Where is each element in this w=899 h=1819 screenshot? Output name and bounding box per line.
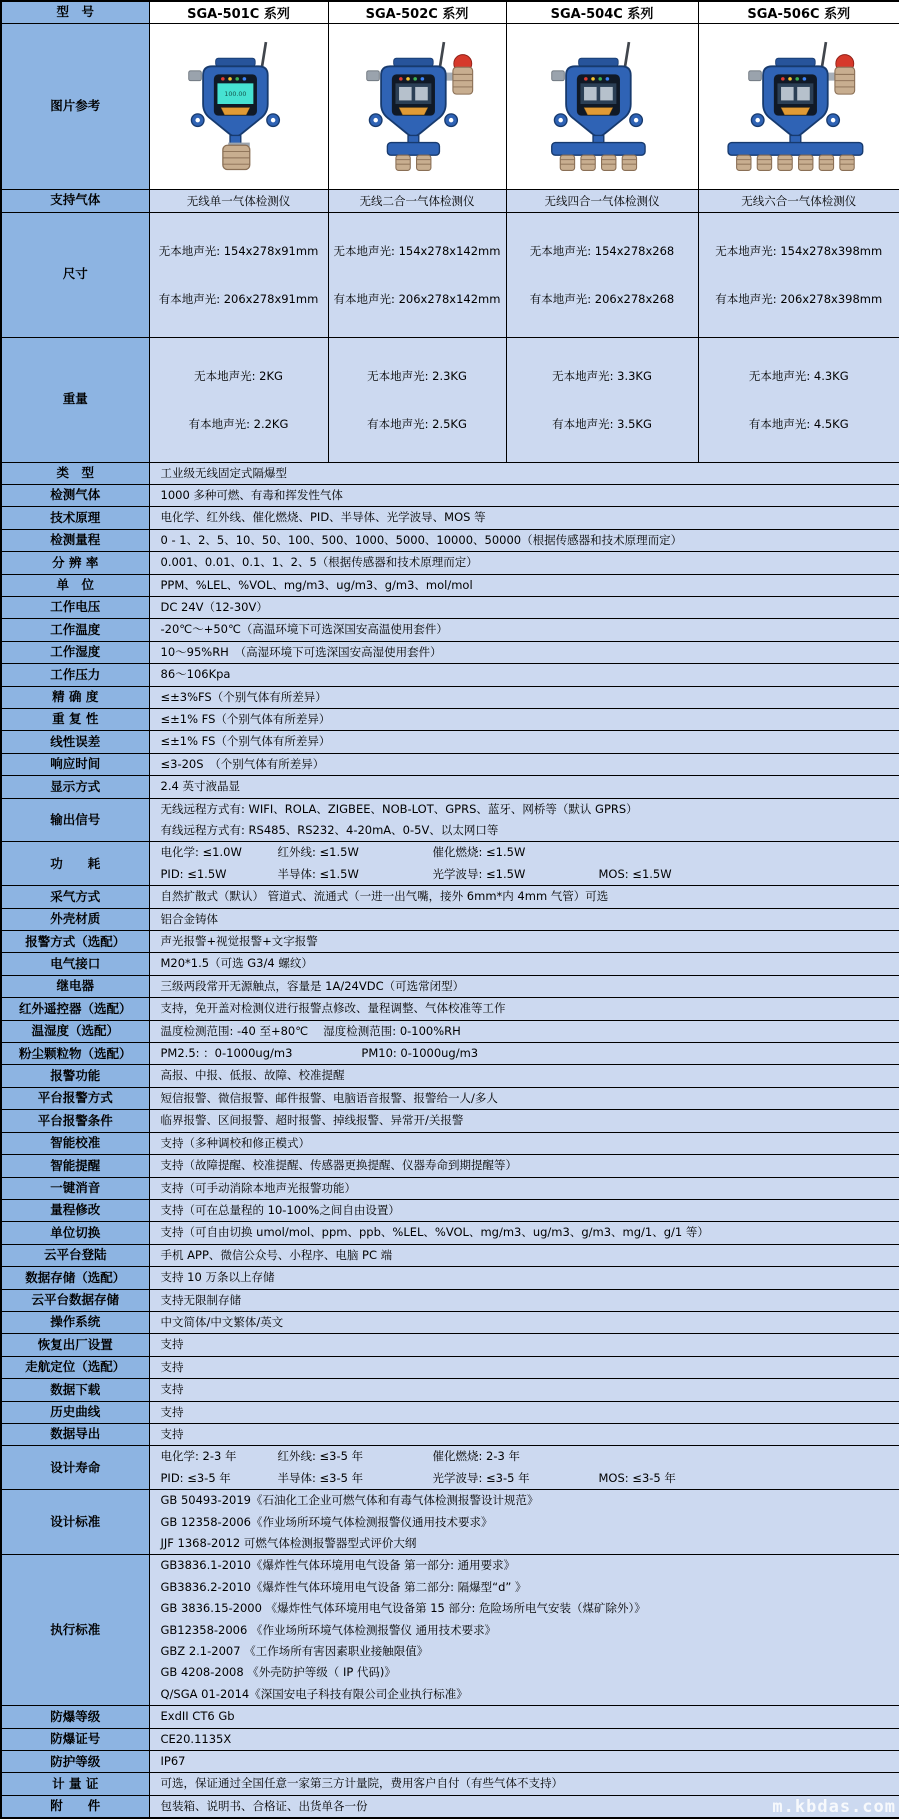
spec-row: 分 辨 率0.001、0.01、0.1、1、2、5（根据传感器和技术原理而定） (1, 552, 899, 574)
model-header-row: 型 号 SGA-501C 系列 SGA-502C 系列 SGA-504C 系列 … (1, 1, 899, 23)
spec-row-value: 0 - 1、2、5、10、50、100、500、1000、5000、10000、… (149, 529, 899, 551)
spec-row-value: IP67 (149, 1751, 899, 1773)
spec-row: 云平台数据存储支持无限制存储 (1, 1289, 899, 1311)
spec-row: 智能提醒支持（故障提醒、校准提醒、传感器更换提醒、仪器寿命到期提醒等） (1, 1155, 899, 1177)
size-line: 有本地声光: 206x278x398mm (699, 289, 899, 309)
spec-row-value: 三级两段常开无源触点，容量是 1A/24VDC（可选常闭型） (149, 975, 899, 997)
spec-row-value: 短信报警、微信报警、邮件报警、电脑语音报警、报警给一人/多人 (149, 1087, 899, 1109)
spec-row-label: 重 复 性 (1, 708, 149, 730)
spec-row-label: 防爆等级 (1, 1706, 149, 1728)
model-name-sga-502c: SGA-502C 系列 (328, 1, 506, 23)
value-line: 支持 10 万条以上存储 (161, 1267, 896, 1288)
supported-gas-value: 无线单一气体检测仪 (149, 189, 328, 212)
spec-row: 报警功能高报、中报、低报、故障、校准提醒 (1, 1065, 899, 1087)
spec-row: 量程修改支持（可在总量程的 10-100%之间自由设置） (1, 1199, 899, 1221)
spec-row: 走航定位（选配）支持 (1, 1356, 899, 1378)
spec-row: 输出信号无线远程方式有: WIFI、ROLA、ZIGBEE、NOB-LOT、GP… (1, 798, 899, 842)
spec-row: 粉尘颗粒物（选配）PM2.5: ：0-1000ug/m3 PM10: 0-100… (1, 1043, 899, 1065)
spec-row: 单 位PPM、%LEL、%VOL、mg/m3、ug/m3、g/m3、mol/mo… (1, 574, 899, 596)
spec-row-value: CE20.1135X (149, 1728, 899, 1750)
value-segment: 催化燃烧: ≤1.5W (433, 842, 599, 863)
size-line: 无本地声光: 154x278x142mm (329, 241, 506, 261)
sensor-manifold (387, 143, 439, 156)
spec-row: 工作温度-20℃～+50℃（高温环境下可选深国安高温使用套件） (1, 619, 899, 641)
spec-row: 采气方式自然扩散式（默认） 管道式、流通式（一进一出气嘴，接外 6mm*内 4m… (1, 886, 899, 908)
spec-row-label: 量程修改 (1, 1199, 149, 1221)
weight-line: 无本地声光: 2KG (150, 366, 328, 386)
weight-line: 无本地声光: 3.3KG (507, 366, 698, 386)
sensor-head (757, 155, 771, 170)
value-line: 电化学: ≤1.0W红外线: ≤1.5W催化燃烧: ≤1.5W (161, 842, 896, 863)
detector-keypad (584, 108, 613, 115)
spec-row-value: 电化学: 2-3 年红外线: ≤3-5 年催化燃烧: 2-3 年PID: ≤3-… (149, 1446, 899, 1490)
spec-table: 型 号 SGA-501C 系列 SGA-502C 系列 SGA-504C 系列 … (0, 0, 899, 1819)
spec-row-label: 技术原理 (1, 507, 149, 529)
sensor-head (417, 155, 431, 170)
value-line: 0.001、0.01、0.1、1、2、5（根据传感器和技术原理而定） (161, 552, 896, 573)
spec-row: 计 量 证可选，保证通过全国任意一家第三方计量院，费用客户自付（有些气体不支持） (1, 1773, 899, 1795)
value-line: 临界报警、区间报警、超时报警、掉线报警、异常开/关报警 (161, 1110, 896, 1131)
spec-row-value: 高报、中报、低报、故障、校准提醒 (149, 1065, 899, 1087)
supported-gas-value: 无线二合一气体检测仪 (328, 189, 506, 212)
value-segment: 催化燃烧: 2-3 年 (433, 1446, 599, 1467)
product-image-cell (506, 23, 698, 189)
sensor-manifold (552, 143, 645, 156)
spec-row-label: 操作系统 (1, 1311, 149, 1333)
spec-row: 数据存储（选配）支持 10 万条以上存储 (1, 1267, 899, 1289)
value-line: IP67 (161, 1751, 896, 1772)
spec-row-value: -20℃～+50℃（高温环境下可选深国安高温使用套件） (149, 619, 899, 641)
size-line: 无本地声光: 154x278x91mm (150, 241, 328, 261)
value-line: DC 24V（12-30V） (161, 597, 896, 618)
value-line: GB 12358-2006《作业场所环境气体检测报警仪通用技术要求》 (161, 1512, 896, 1533)
weight-line: 无本地声光: 4.3KG (699, 366, 899, 386)
value-line: 支持 (161, 1357, 896, 1378)
spec-row-value: 支持无限制存储 (149, 1289, 899, 1311)
spec-row: 历史曲线支持 (1, 1401, 899, 1423)
spec-row-label: 智能提醒 (1, 1155, 149, 1177)
weight-row-label: 重量 (1, 337, 149, 462)
gas-detector-illustration-sga-502c (338, 33, 496, 175)
spec-row-value: GB 50493-2019《石油化工企业可燃气体和有毒气体检测报警设计规范》GB… (149, 1490, 899, 1555)
spec-row: 温湿度（选配）温度检测范围: -40 至+80℃ 湿度检测范围: 0-100%R… (1, 1020, 899, 1042)
spec-row-value: 支持（可在总量程的 10-100%之间自由设置） (149, 1199, 899, 1221)
size-row-label: 尺寸 (1, 212, 149, 337)
sensor-head (560, 155, 574, 170)
spec-row: 操作系统中文简体/中文繁体/英文 (1, 1311, 899, 1333)
spec-row-label: 数据下载 (1, 1379, 149, 1401)
value-line: PID: ≤3-5 年半导体: ≤3-5 年光学波导: ≤3-5 年MOS: ≤… (161, 1468, 896, 1489)
size-line: 有本地声光: 206x278x268 (507, 289, 698, 309)
spec-row-value: 支持（多种调校和修正模式） (149, 1132, 899, 1154)
value-segment: 电化学: ≤1.0W (161, 842, 278, 863)
spec-row: 设计标准GB 50493-2019《石油化工企业可燃气体和有毒气体检测报警设计规… (1, 1490, 899, 1555)
value-line: -20℃～+50℃（高温环境下可选深国安高温使用套件） (161, 619, 896, 640)
spec-row: 工作湿度10～95%RH （高湿环境下可选深国安高湿使用套件） (1, 641, 899, 663)
spec-row-value: 电化学: ≤1.0W红外线: ≤1.5W催化燃烧: ≤1.5WPID: ≤1.5… (149, 842, 899, 886)
value-segment: MOS: ≤1.5W (599, 864, 896, 885)
spec-row: 精 确 度≤±3%FS（个别气体有所差异） (1, 686, 899, 708)
value-line: 86～106Kpa (161, 664, 896, 685)
spec-row: 电气接口M20*1.5（可选 G3/4 螺纹） (1, 953, 899, 975)
spec-row: 附 件包装箱、说明书、合格证、出货单各一份 (1, 1795, 899, 1818)
sensor-head (602, 155, 616, 170)
value-line: 电化学、红外线、催化燃烧、PID、半导体、光学波导、MOS 等 (161, 507, 896, 528)
value-line: GB 3836.15-2000 《爆炸性气体环境用电气设备第 15 部分: 危险… (161, 1598, 896, 1619)
spec-sheet-page: 型 号 SGA-501C 系列 SGA-502C 系列 SGA-504C 系列 … (0, 0, 899, 1819)
value-line: 铝合金铸体 (161, 909, 896, 930)
sensor-head (840, 155, 854, 170)
supported-gas-row: 支持气体 无线单一气体检测仪 无线二合一气体检测仪 无线四合一气体检测仪 无线六… (1, 189, 899, 212)
spec-row-label: 输出信号 (1, 798, 149, 842)
spec-row-value: 自然扩散式（默认） 管道式、流通式（一进一出气嘴，接外 6mm*内 4mm 气管… (149, 886, 899, 908)
spec-row: 一键消音支持（可手动消除本地声光报警功能） (1, 1177, 899, 1199)
spec-row-label: 线性误差 (1, 731, 149, 753)
value-line: CE20.1135X (161, 1729, 896, 1750)
image-row-label: 图片参考 (1, 23, 149, 189)
weight-row: 重量 无本地声光: 2KG 有本地声光: 2.2KG 无本地声光: 2.3KG … (1, 337, 899, 462)
value-line: 1000 多种可燃、有毒和挥发性气体 (161, 485, 896, 506)
value-segment: 红外线: ≤1.5W (278, 842, 433, 863)
spec-row-label: 报警方式（选配） (1, 931, 149, 953)
weight-line: 有本地声光: 2.2KG (150, 414, 328, 434)
value-line: 电化学: 2-3 年红外线: ≤3-5 年催化燃烧: 2-3 年 (161, 1446, 896, 1467)
value-line: PM2.5: ：0-1000ug/m3 PM10: 0-1000ug/m3 (161, 1043, 896, 1064)
spec-row: 平台报警条件临界报警、区间报警、超时报警、掉线报警、异常开/关报警 (1, 1110, 899, 1132)
supported-gas-value: 无线四合一气体检测仪 (506, 189, 698, 212)
spec-row-label: 电气接口 (1, 953, 149, 975)
value-segment: PID: ≤3-5 年 (161, 1468, 278, 1489)
value-segment: PID: ≤1.5W (161, 864, 278, 885)
gas-detector-illustration-sga-501c: 100.00 (160, 33, 318, 175)
value-line: 支持 (161, 1334, 896, 1355)
value-line: 有线远程方式有: RS485、RS232、4-20mA、0-5V、以太网口等 (161, 820, 896, 841)
product-image-cell (698, 23, 899, 189)
spec-row-value: 支持，免开盖对检测仪进行报警点修改、量程调整、气体校准等工作 (149, 998, 899, 1020)
spec-row: 数据下载支持 (1, 1379, 899, 1401)
spec-row: 工作电压DC 24V（12-30V） (1, 596, 899, 618)
spec-row-value: 工业级无线固定式隔爆型 (149, 462, 899, 484)
spec-row-label: 智能校准 (1, 1132, 149, 1154)
detector-keypad (399, 108, 428, 115)
value-line: 支持 (161, 1424, 896, 1445)
value-line: PID: ≤1.5W半导体: ≤1.5W光学波导: ≤1.5WMOS: ≤1.5… (161, 864, 896, 885)
spec-row-label: 历史曲线 (1, 1401, 149, 1423)
svg-text:100.00: 100.00 (224, 91, 246, 98)
spec-row-value: 温度检测范围: -40 至+80℃ 湿度检测范围: 0-100%RH (149, 1020, 899, 1042)
spec-row-label: 外壳材质 (1, 908, 149, 930)
spec-row-value: 支持（可手动消除本地声光报警功能） (149, 1177, 899, 1199)
spec-row-label: 走航定位（选配） (1, 1356, 149, 1378)
model-name-sga-501c: SGA-501C 系列 (149, 1, 328, 23)
weight-value: 无本地声光: 4.3KG 有本地声光: 4.5KG (698, 337, 899, 462)
spec-row-label: 工作湿度 (1, 641, 149, 663)
sensor-head (622, 155, 636, 170)
value-line: M20*1.5（可选 G3/4 螺纹） (161, 953, 896, 974)
weight-line: 无本地声光: 2.3KG (329, 366, 506, 386)
spec-row: 单位切换支持（可自由切换 umol/mol、ppm、ppb、%LEL、%VOL、… (1, 1222, 899, 1244)
weight-line: 有本地声光: 2.5KG (329, 414, 506, 434)
value-line: 支持，免开盖对检测仪进行报警点修改、量程调整、气体校准等工作 (161, 998, 896, 1019)
product-image-cell (328, 23, 506, 189)
spec-row-label: 设计标准 (1, 1490, 149, 1555)
spec-row-label: 响应时间 (1, 753, 149, 775)
value-line: 可选，保证通过全国任意一家第三方计量院，费用客户自付（有些气体不支持） (161, 1773, 896, 1794)
size-value: 无本地声光: 154x278x268 有本地声光: 206x278x268 (506, 212, 698, 337)
value-line: 支持（可自由切换 umol/mol、ppm、ppb、%LEL、%VOL、mg/m… (161, 1222, 896, 1243)
detector-keypad (781, 108, 810, 115)
spec-row-label: 温湿度（选配） (1, 1020, 149, 1042)
spec-row: 执行标准GB3836.1-2010《爆炸性气体环境用电气设备 第一部分: 通用要… (1, 1555, 899, 1706)
spec-row: 线性误差≤±1% FS（个别气体有所差异） (1, 731, 899, 753)
value-line: 支持（可在总量程的 10-100%之间自由设置） (161, 1200, 896, 1221)
spec-row-label: 分 辨 率 (1, 552, 149, 574)
spec-row-value: DC 24V（12-30V） (149, 596, 899, 618)
value-line: 声光报警+视觉报警+文字报警 (161, 931, 896, 952)
value-line: ExdII CT6 Gb (161, 1706, 896, 1727)
model-name-sga-504c: SGA-504C 系列 (506, 1, 698, 23)
value-segment: 半导体: ≤1.5W (278, 864, 433, 885)
spec-row-label: 计 量 证 (1, 1773, 149, 1795)
value-line: Q/SGA 01-2014《深国安电子科技有限公司企业执行标准》 (161, 1684, 896, 1705)
spec-row-label: 检测量程 (1, 529, 149, 551)
spec-row-value: ≤±1% FS（个别气体有所差异） (149, 731, 899, 753)
value-line: 包装箱、说明书、合格证、出货单各一份 (161, 1796, 896, 1817)
spec-row-value: 支持 (149, 1334, 899, 1356)
spec-row-label: 精 确 度 (1, 686, 149, 708)
size-row: 尺寸 无本地声光: 154x278x91mm 有本地声光: 206x278x91… (1, 212, 899, 337)
spec-row: 检测量程0 - 1、2、5、10、50、100、500、1000、5000、10… (1, 529, 899, 551)
spec-row-label: 采气方式 (1, 886, 149, 908)
spec-row-label: 一键消音 (1, 1177, 149, 1199)
value-line: GB 4208-2008 《外壳防护等级（ IP 代码)》 (161, 1662, 896, 1683)
spec-row-value: 声光报警+视觉报警+文字报警 (149, 931, 899, 953)
spec-row: 数据导出支持 (1, 1423, 899, 1445)
value-line: 支持（可手动消除本地声光报警功能） (161, 1178, 896, 1199)
value-line: 2.4 英寸液晶显 (161, 776, 896, 797)
weight-value: 无本地声光: 3.3KG 有本地声光: 3.5KG (506, 337, 698, 462)
spec-row: 红外遥控器（选配）支持，免开盖对检测仪进行报警点修改、量程调整、气体校准等工作 (1, 998, 899, 1020)
value-line: 中文简体/中文繁体/英文 (161, 1312, 896, 1333)
value-line: GB 50493-2019《石油化工企业可燃气体和有毒气体检测报警设计规范》 (161, 1490, 896, 1511)
spec-row-value: ≤3-20S （个别气体有所差异） (149, 753, 899, 775)
sensor-head (819, 155, 833, 170)
value-line: 支持无限制存储 (161, 1290, 896, 1311)
spec-row-value: 包装箱、说明书、合格证、出货单各一份 (149, 1795, 899, 1818)
sensor-manifold (728, 143, 863, 156)
spec-row-value: 支持 (149, 1379, 899, 1401)
weight-line: 有本地声光: 3.5KG (507, 414, 698, 434)
spec-row: 云平台登陆手机 APP、微信公众号、小程序、电脑 PC 端 (1, 1244, 899, 1266)
value-line: GB3836.1-2010《爆炸性气体环境用电气设备 第一部分: 通用要求》 (161, 1555, 896, 1576)
spec-row-label: 报警功能 (1, 1065, 149, 1087)
value-segment: 电化学: 2-3 年 (161, 1446, 278, 1467)
sensor-head (736, 155, 750, 170)
detector-keypad (221, 108, 250, 115)
spec-row-label: 功 耗 (1, 842, 149, 886)
spec-row: 重 复 性≤±1% FS（个别气体有所差异） (1, 708, 899, 730)
spec-row-value: 10～95%RH （高湿环境下可选深国安高湿使用套件） (149, 641, 899, 663)
spec-row-value: M20*1.5（可选 G3/4 螺纹） (149, 953, 899, 975)
spec-row-value: 支持 (149, 1401, 899, 1423)
spec-row-label: 防护等级 (1, 1751, 149, 1773)
spec-row-value: 支持 (149, 1423, 899, 1445)
value-segment: MOS: ≤3-5 年 (599, 1468, 896, 1489)
spec-row-label: 执行标准 (1, 1555, 149, 1706)
value-line: ≤±1% FS（个别气体有所差异） (161, 731, 896, 752)
spec-row: 检测气体1000 多种可燃、有毒和挥发性气体 (1, 484, 899, 506)
spec-row-label: 数据存储（选配） (1, 1267, 149, 1289)
spec-row-value: 0.001、0.01、0.1、1、2、5（根据传感器和技术原理而定） (149, 552, 899, 574)
spec-row: 设计寿命电化学: 2-3 年红外线: ≤3-5 年催化燃烧: 2-3 年PID:… (1, 1446, 899, 1490)
size-line: 有本地声光: 206x278x91mm (150, 289, 328, 309)
spec-row-label: 云平台数据存储 (1, 1289, 149, 1311)
value-segment: 半导体: ≤3-5 年 (278, 1468, 433, 1489)
spec-row: 显示方式2.4 英寸液晶显 (1, 776, 899, 798)
spec-row-label: 显示方式 (1, 776, 149, 798)
value-line: 无线远程方式有: WIFI、ROLA、ZIGBEE、NOB-LOT、GPRS、蓝… (161, 799, 896, 820)
value-line: JJF 1368-2012 可燃气体检测报警器型式评价大纲 (161, 1533, 896, 1554)
spec-row: 恢复出厂设置支持 (1, 1334, 899, 1356)
size-line: 无本地声光: 154x278x398mm (699, 241, 899, 261)
spec-row: 工作压力86～106Kpa (1, 664, 899, 686)
spec-row-label: 数据导出 (1, 1423, 149, 1445)
weight-line: 有本地声光: 4.5KG (699, 414, 899, 434)
spec-row-value: ≤±3%FS（个别气体有所差异） (149, 686, 899, 708)
value-line: GBZ 2.1-2007 《工作场所有害因素职业接触限值》 (161, 1641, 896, 1662)
spec-row: 外壳材质铝合金铸体 (1, 908, 899, 930)
spec-row-label: 云平台登陆 (1, 1244, 149, 1266)
supported-gas-value: 无线六合一气体检测仪 (698, 189, 899, 212)
spec-row-label: 设计寿命 (1, 1446, 149, 1490)
value-line: 三级两段常开无源触点，容量是 1A/24VDC（可选常闭型） (161, 976, 896, 997)
value-line: 高报、中报、低报、故障、校准提醒 (161, 1065, 896, 1086)
value-line: 温度检测范围: -40 至+80℃ 湿度检测范围: 0-100%RH (161, 1021, 896, 1042)
spec-row-value: 支持（故障提醒、校准提醒、传感器更换提醒、仪器寿命到期提醒等） (149, 1155, 899, 1177)
value-line: 手机 APP、微信公众号、小程序、电脑 PC 端 (161, 1245, 896, 1266)
spec-row: 平台报警方式短信报警、微信报警、邮件报警、电脑语音报警、报警给一人/多人 (1, 1087, 899, 1109)
spec-row-value: 手机 APP、微信公众号、小程序、电脑 PC 端 (149, 1244, 899, 1266)
spec-row: 响应时间≤3-20S （个别气体有所差异） (1, 753, 899, 775)
spec-row-value: 2.4 英寸液晶显 (149, 776, 899, 798)
spec-row-label: 平台报警方式 (1, 1087, 149, 1109)
spec-row-value: 1000 多种可燃、有毒和挥发性气体 (149, 484, 899, 506)
spec-row: 功 耗电化学: ≤1.0W红外线: ≤1.5W催化燃烧: ≤1.5WPID: ≤… (1, 842, 899, 886)
spec-row-value: 无线远程方式有: WIFI、ROLA、ZIGBEE、NOB-LOT、GPRS、蓝… (149, 798, 899, 842)
spec-row: 继电器三级两段常开无源触点，容量是 1A/24VDC（可选常闭型） (1, 975, 899, 997)
spec-row-value: 86～106Kpa (149, 664, 899, 686)
weight-value: 无本地声光: 2.3KG 有本地声光: 2.5KG (328, 337, 506, 462)
sensor-head (222, 145, 249, 169)
spec-row-label: 单 位 (1, 574, 149, 596)
spec-row-label: 检测气体 (1, 484, 149, 506)
value-line: GB12358-2006 《作业场所环境气体检测报警仪 通用技术要求》 (161, 1620, 896, 1641)
spec-row-label: 粉尘颗粒物（选配） (1, 1043, 149, 1065)
model-name-sga-506c: SGA-506C 系列 (698, 1, 899, 23)
spec-row: 类 型工业级无线固定式隔爆型 (1, 462, 899, 484)
size-line: 无本地声光: 154x278x268 (507, 241, 698, 261)
spec-row-label: 防爆证号 (1, 1728, 149, 1750)
spec-row-value: 电化学、红外线、催化燃烧、PID、半导体、光学波导、MOS 等 (149, 507, 899, 529)
spec-row-value: ExdII CT6 Gb (149, 1706, 899, 1728)
gas-detector-illustration-sga-504c (523, 33, 681, 175)
value-line: 支持（故障提醒、校准提醒、传感器更换提醒、仪器寿命到期提醒等） (161, 1155, 896, 1176)
spec-row-label: 工作温度 (1, 619, 149, 641)
gas-detector-illustration-sga-506c (720, 33, 878, 175)
spec-row-label: 附 件 (1, 1795, 149, 1818)
value-segment: 光学波导: ≤1.5W (433, 864, 599, 885)
product-image-cell: 100.00 (149, 23, 328, 189)
value-line: 工业级无线固定式隔爆型 (161, 463, 896, 484)
sensor-head (778, 155, 792, 170)
size-value: 无本地声光: 154x278x142mm 有本地声光: 206x278x142m… (328, 212, 506, 337)
value-line: 自然扩散式（默认） 管道式、流通式（一进一出气嘴，接外 6mm*内 4mm 气管… (161, 886, 896, 907)
size-value: 无本地声光: 154x278x91mm 有本地声光: 206x278x91mm (149, 212, 328, 337)
value-line: PPM、%LEL、%VOL、mg/m3、ug/m3、g/m3、mol/mol (161, 575, 896, 596)
spec-row-value: GB3836.1-2010《爆炸性气体环境用电气设备 第一部分: 通用要求》GB… (149, 1555, 899, 1706)
spec-row: 报警方式（选配）声光报警+视觉报警+文字报警 (1, 931, 899, 953)
spec-row-value: PPM、%LEL、%VOL、mg/m3、ug/m3、g/m3、mol/mol (149, 574, 899, 596)
spec-row-value: 支持 (149, 1356, 899, 1378)
spec-row-label: 恢复出厂设置 (1, 1334, 149, 1356)
value-segment: 光学波导: ≤3-5 年 (433, 1468, 599, 1489)
spec-row-value: 支持（可自由切换 umol/mol、ppm、ppb、%LEL、%VOL、mg/m… (149, 1222, 899, 1244)
size-value: 无本地声光: 154x278x398mm 有本地声光: 206x278x398m… (698, 212, 899, 337)
spec-row-value: 铝合金铸体 (149, 908, 899, 930)
spec-row-label: 红外遥控器（选配） (1, 998, 149, 1020)
spec-row-value: PM2.5: ：0-1000ug/m3 PM10: 0-1000ug/m3 (149, 1043, 899, 1065)
model-header-label: 型 号 (1, 1, 149, 23)
weight-value: 无本地声光: 2KG 有本地声光: 2.2KG (149, 337, 328, 462)
spec-row-value: 中文简体/中文繁体/英文 (149, 1311, 899, 1333)
spec-row: 防爆等级ExdII CT6 Gb (1, 1706, 899, 1728)
value-line: 支持 (161, 1402, 896, 1423)
value-line: 支持 (161, 1379, 896, 1400)
value-line: 0 - 1、2、5、10、50、100、500、1000、5000、10000、… (161, 530, 896, 551)
sensor-head (798, 155, 812, 170)
size-line: 有本地声光: 206x278x142mm (329, 289, 506, 309)
spec-row-value: ≤±1% FS（个别气体有所差异） (149, 708, 899, 730)
spec-row-label: 单位切换 (1, 1222, 149, 1244)
spec-row: 防护等级IP67 (1, 1751, 899, 1773)
spec-row-label: 工作压力 (1, 664, 149, 686)
sensor-head (396, 155, 410, 170)
value-line: ≤±1% FS（个别气体有所差异） (161, 709, 896, 730)
spec-row-label: 类 型 (1, 462, 149, 484)
spec-row-value: 可选，保证通过全国任意一家第三方计量院，费用客户自付（有些气体不支持） (149, 1773, 899, 1795)
value-segment: 红外线: ≤3-5 年 (278, 1446, 433, 1467)
spec-row-label: 平台报警条件 (1, 1110, 149, 1132)
value-line: 支持（多种调校和修正模式） (161, 1133, 896, 1154)
spec-row-label: 工作电压 (1, 596, 149, 618)
value-line: 短信报警、微信报警、邮件报警、电脑语音报警、报警给一人/多人 (161, 1088, 896, 1109)
spec-row-value: 临界报警、区间报警、超时报警、掉线报警、异常开/关报警 (149, 1110, 899, 1132)
value-line: ≤±3%FS（个别气体有所差异） (161, 687, 896, 708)
spec-row-label: 继电器 (1, 975, 149, 997)
value-line: ≤3-20S （个别气体有所差异） (161, 754, 896, 775)
value-line: 10～95%RH （高湿环境下可选深国安高湿使用套件） (161, 642, 896, 663)
spec-row-value: 支持 10 万条以上存储 (149, 1267, 899, 1289)
sensor-head (581, 155, 595, 170)
supported-gas-label: 支持气体 (1, 189, 149, 212)
spec-row: 技术原理电化学、红外线、催化燃烧、PID、半导体、光学波导、MOS 等 (1, 507, 899, 529)
value-line: GB3836.2-2010《爆炸性气体环境用电气设备 第二部分: 隔爆型“d” … (161, 1577, 896, 1598)
spec-row: 防爆证号CE20.1135X (1, 1728, 899, 1750)
image-row: 图片参考 100.00 (1, 23, 899, 189)
spec-row: 智能校准支持（多种调校和修正模式） (1, 1132, 899, 1154)
